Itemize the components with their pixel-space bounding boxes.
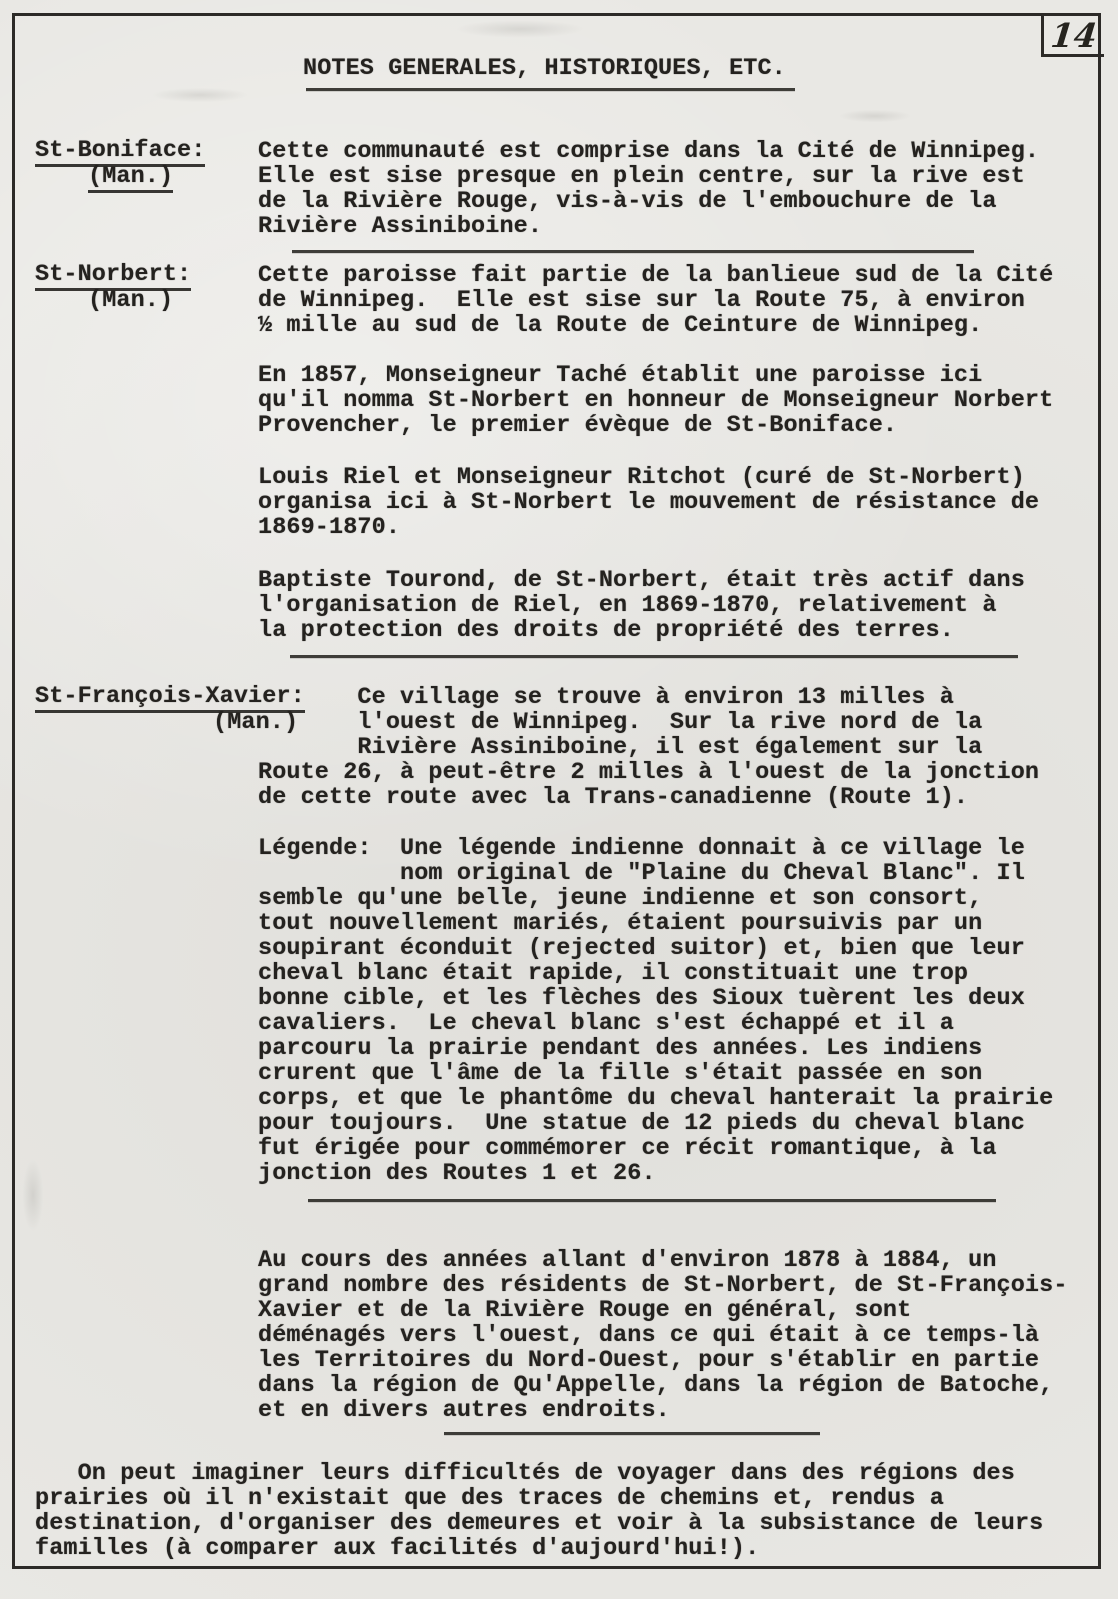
section-label-st-norbert: St-Norbert:: [35, 262, 191, 287]
separator-line-4: [444, 1432, 820, 1435]
st-norbert-paragraph-1: Cette paroisse fait partie de la banlieu…: [258, 263, 1053, 338]
section-region-st-boniface: (Man.): [88, 164, 173, 189]
st-francois-xavier-paragraph: Ce village se trouve à environ 13 milles…: [258, 685, 1039, 810]
page-number-box: 14: [1041, 16, 1104, 57]
page-number: 14: [1049, 16, 1099, 55]
title-underline: [306, 88, 795, 91]
st-norbert-paragraph-4: Baptiste Tourond, de St-Norbert, était t…: [258, 568, 1025, 643]
separator-line-1: [292, 250, 974, 253]
migration-paragraph: Au cours des années allant d'environ 187…: [258, 1248, 1068, 1423]
section-label-st-boniface: St-Boniface:: [35, 138, 205, 163]
legende-paragraph: Légende: Une légende indienne donnait à …: [258, 836, 1053, 1186]
st-boniface-paragraph: Cette communauté est comprise dans la Ci…: [258, 139, 1039, 239]
section-region-st-norbert: (Man.): [88, 288, 173, 313]
separator-line-2: [290, 655, 1018, 658]
closing-paragraph: On peut imaginer leurs difficultés de vo…: [35, 1461, 1043, 1561]
st-norbert-paragraph-2: En 1857, Monseigneur Taché établit une p…: [258, 363, 1053, 438]
scanned-document-page: 14 NOTES GENERALES, HISTORIQUES, ETC. St…: [0, 0, 1118, 1599]
separator-line-3: [308, 1199, 996, 1202]
page-title: NOTES GENERALES, HISTORIQUES, ETC.: [303, 56, 786, 81]
st-norbert-paragraph-3: Louis Riel et Monseigneur Ritchot (curé …: [258, 465, 1039, 540]
